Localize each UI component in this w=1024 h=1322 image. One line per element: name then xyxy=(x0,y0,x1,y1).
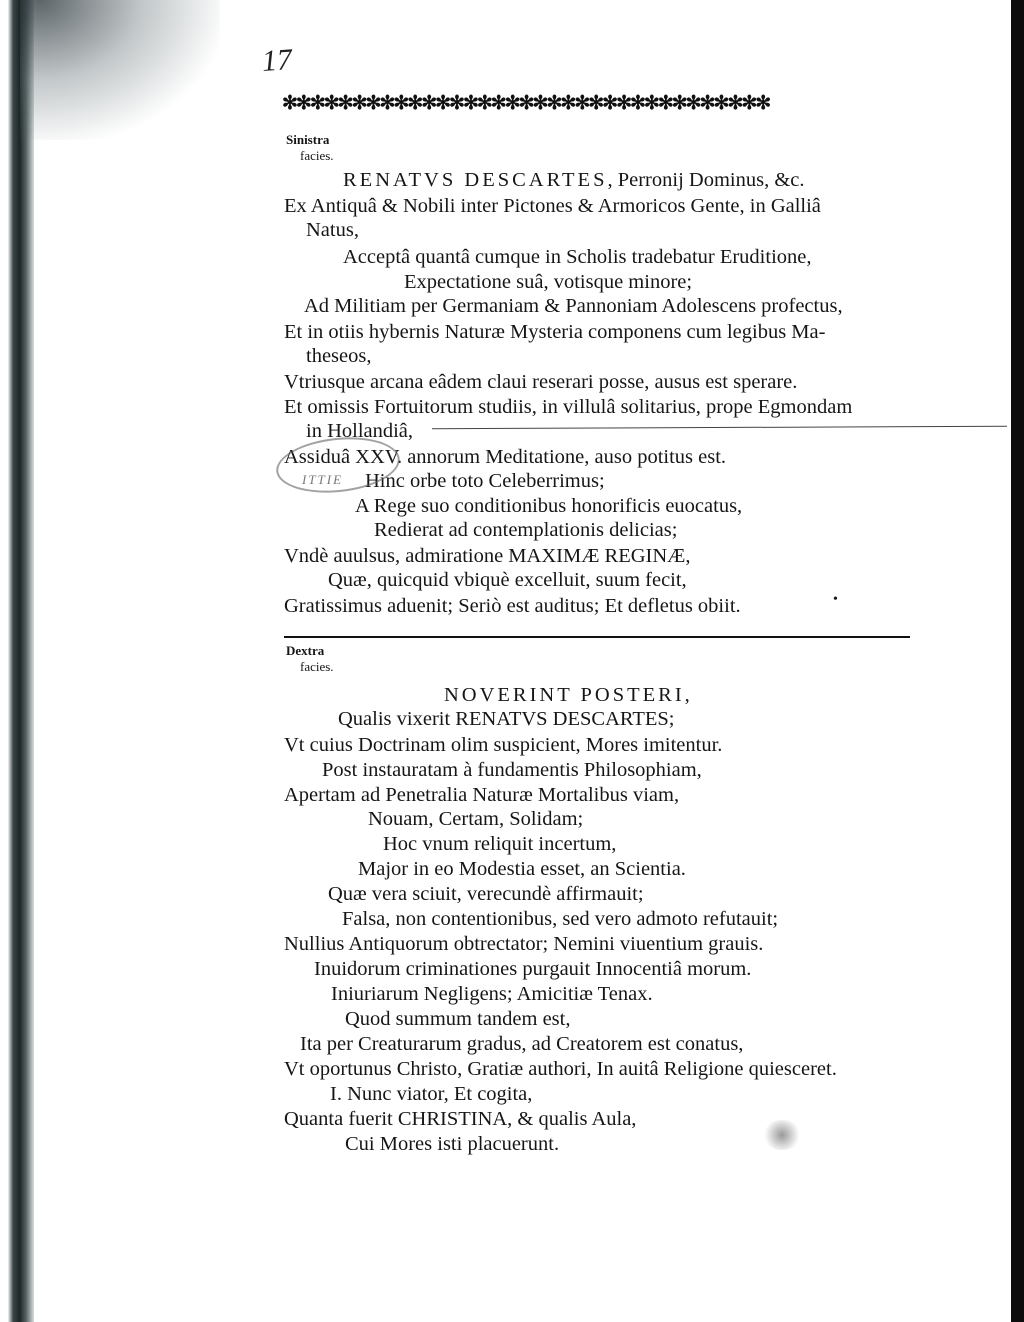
inscription-line: Natus, xyxy=(306,218,359,242)
inscription-line: I. Nunc viator, Et cogita, xyxy=(330,1082,532,1106)
left-face-label: Sinistra facies. xyxy=(286,132,334,164)
page-right-edge xyxy=(1011,0,1024,1322)
ornament-band: ✻✻✻✻✻✻✻✻✻✻✻✻✻✻✻✻✻✻✻✻✻✻✻✻✻✻✻✻✻✻✻✻✻✻✻ xyxy=(282,94,930,114)
inscription-line: Quæ, quicquid vbiquè excelluit, suum fec… xyxy=(328,568,687,592)
inscription-line: Cui Mores isti placuerunt. xyxy=(345,1132,559,1156)
right-face-label: Dextra facies. xyxy=(286,643,334,675)
inscription-line: Quæ vera sciuit, verecundè affirmauit; xyxy=(328,882,644,906)
stray-rule-line xyxy=(432,426,1007,430)
inscription-line: Gratissimus aduenit; Seriò est auditus; … xyxy=(284,594,741,618)
section-divider-rule xyxy=(284,636,910,638)
inscription-line: Hinc orbe toto Celeberrimus; xyxy=(365,469,605,493)
inscription-line: Hoc vnum reliquit incertum, xyxy=(383,832,616,856)
inscription-line: Redierat ad contemplationis delicias; xyxy=(374,518,677,542)
inscription-line: A Rege suo conditionibus honorificis euo… xyxy=(355,494,742,518)
library-stamp-text: ITTIE xyxy=(302,472,343,488)
inscription-line: Qualis vixerit RENATVS DESCARTES; xyxy=(338,707,674,731)
inscription-line: Vt cuius Doctrinam olim suspicient, More… xyxy=(284,733,722,757)
scan-corner-shadow xyxy=(20,0,220,140)
ink-dot: • xyxy=(833,592,838,608)
inscription-line: Vtriusque arcana eâdem claui reserari po… xyxy=(284,370,797,394)
inscription-line: Nullius Antiquorum obtrectator; Nemini v… xyxy=(284,932,763,956)
inscription-line: Major in eo Modestia esset, an Scientia. xyxy=(358,857,686,881)
inscription-line: Falsa, non contentionibus, sed vero admo… xyxy=(342,907,778,931)
inscription-line: Inuidorum criminationes purgauit Innocen… xyxy=(314,957,751,981)
inscription-line: Et in otiis hybernis Naturæ Mysteria com… xyxy=(284,320,825,344)
inscription-line: theseos, xyxy=(306,344,371,368)
inscription-line: Acceptâ quantâ cumque in Scholis tradeba… xyxy=(343,245,812,269)
inscription-line: Et omissis Fortuitorum studiis, in villu… xyxy=(284,395,852,419)
inscription-line: Expectatione suâ, votisque minore; xyxy=(404,270,692,294)
ink-smudge xyxy=(762,1120,802,1150)
inscription-line: Ex Antiquâ & Nobili inter Pictones & Arm… xyxy=(284,194,821,218)
inscription-line: Vt oportunus Christo, Gratiæ authori, In… xyxy=(284,1057,837,1081)
right-face-label-line1: Dextra xyxy=(286,643,324,658)
inscription-line: Post instauratam à fundamentis Philosoph… xyxy=(322,758,702,782)
inscription-line: Vndè auulsus, admiratione MAXIMÆ REGINÆ, xyxy=(284,544,691,568)
left-face-label-line2: facies. xyxy=(286,148,334,164)
inscription-line: Ita per Creaturarum gradus, ad Creatorem… xyxy=(300,1032,743,1056)
inscription-line: Nouam, Certam, Solidam; xyxy=(368,807,583,831)
book-spine-shadow xyxy=(8,0,34,1322)
folio-number: 17 xyxy=(261,43,293,79)
left-face-label-line1: Sinistra xyxy=(286,132,329,147)
inscription-line: Apertam ad Penetralia Naturæ Mortalibus … xyxy=(284,783,679,807)
inscription-line: Iniuriarum Negligens; Amicitiæ Tenax. xyxy=(331,982,653,1006)
inscription-line: Quanta fuerit CHRISTINA, & qualis Aula, xyxy=(284,1107,636,1131)
inscription-line: NOVERINT POSTERI, xyxy=(444,683,693,707)
inscription-line: RENATVS DESCARTES, Perronij Dominus, &c. xyxy=(343,168,805,192)
inscription-line: Ad Militiam per Germaniam & Pannoniam Ad… xyxy=(304,294,843,318)
right-face-label-line2: facies. xyxy=(286,659,334,675)
inscription-line: Quod summum tandem est, xyxy=(345,1007,570,1031)
